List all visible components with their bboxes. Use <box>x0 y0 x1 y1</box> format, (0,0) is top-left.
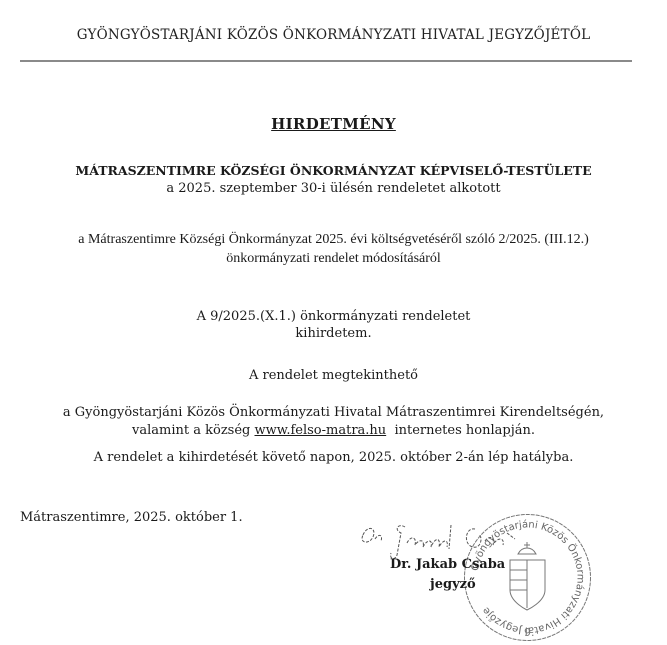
subject-line-2: önkormányzati rendelet módosításáról <box>0 249 667 268</box>
effective-date-statement: A rendelet a kihirdetését követő napon, … <box>0 450 667 465</box>
availability-place: a Gyöngyöstarjáni Közös Önkormányzati Hi… <box>0 404 667 440</box>
official-seal-stamp: Gyöngyöstarjáni Közös Önkormányzati Hiva… <box>460 510 595 645</box>
coat-of-arms-icon <box>510 542 545 610</box>
availability-suffix: internetes honlapján. <box>394 423 535 438</box>
availability-line-1: a Gyöngyöstarjáni Közös Önkormányzati Hi… <box>0 404 667 422</box>
publication-line-1: A 9/2025.(X.1.) önkormányzati rendeletet <box>0 308 667 325</box>
stamp-number: 9. <box>524 626 535 639</box>
svg-text:Gyöngyöstarjáni Közös Önkormán: Gyöngyöstarjáni Közös Önkormányzati Hiva… <box>470 518 586 635</box>
council-statement: MÁTRASZENTIMRE KÖZSÉGI ÖNKORMÁNYZAT KÉPV… <box>0 162 667 198</box>
website-link[interactable]: www.felso-matra.hu <box>255 423 387 438</box>
place-and-date: Mátraszentimre, 2025. október 1. <box>20 510 243 525</box>
document-title: HIRDETMÉNY <box>0 115 667 133</box>
availability-prefix: valamint a község <box>132 423 250 438</box>
signatory-name: Dr. Jakab Csaba <box>390 557 505 572</box>
stamp-ring-text: Gyöngyöstarjáni Közös Önkormányzati Hiva… <box>470 518 586 635</box>
publication-statement: A 9/2025.(X.1.) önkormányzati rendeletet… <box>0 308 667 342</box>
council-name: MÁTRASZENTIMRE KÖZSÉGI ÖNKORMÁNYZAT KÉPV… <box>0 162 667 180</box>
availability-heading: A rendelet megtekinthető <box>0 368 667 383</box>
council-session: a 2025. szeptember 30-i ülésén rendelete… <box>0 180 667 198</box>
availability-line-2: valamint a község www.felso-matra.hu int… <box>0 422 667 440</box>
publication-line-2: kihirdetem. <box>0 325 667 342</box>
regulation-subject: a Mátraszentimre Községi Önkormányzat 20… <box>0 230 667 268</box>
signatory-title: jegyző <box>430 577 476 592</box>
issuer-header: GYÖNGYÖSTARJÁNI KÖZÖS ÖNKORMÁNYZATI HIVA… <box>0 27 667 43</box>
subject-line-1: a Mátraszentimre Községi Önkormányzat 20… <box>0 230 667 249</box>
header-divider <box>20 60 632 62</box>
